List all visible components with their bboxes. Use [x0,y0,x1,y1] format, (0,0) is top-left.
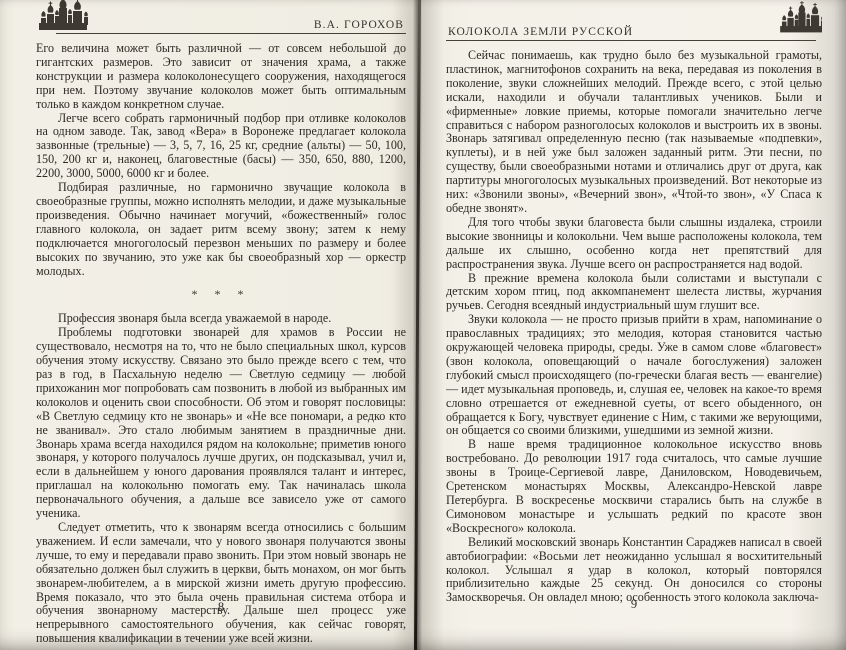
paragraph: Проблемы подготовки звонарей для храмов … [36,326,406,521]
left-page-header: В.А. ГОРОХОВ [36,0,406,34]
left-page-body: Его величина может быть различной — от с… [36,42,406,646]
paragraph: Сейчас понимаешь, как трудно было без му… [446,49,822,216]
paragraph: Легче всего собрать гармоничный подбор п… [36,112,406,182]
asterisk-separator: * * * [36,287,406,302]
paragraph: Для того чтобы звуки благовеста были слы… [446,216,822,272]
book-spine-line [414,0,421,650]
right-page-number: 9 [446,597,822,612]
paragraph: В наше время традиционное колокольное ис… [446,438,822,535]
right-running-title: КОЛОКОЛА ЗЕМЛИ РУССКОЙ [448,26,633,38]
paragraph: Звуки колокола — не просто призыв прийти… [446,313,822,438]
paragraph: В прежние времена колокола были солистам… [446,272,822,314]
right-header-rule [446,40,816,41]
left-running-title: В.А. ГОРОХОВ [314,19,404,31]
right-page-header: КОЛОКОЛА ЗЕМЛИ РУССКОЙ [446,0,822,34]
paragraph: Великий московский звонарь Константин Са… [446,536,822,606]
right-page-body: Сейчас понимаешь, как трудно было без му… [446,49,822,605]
paragraph: Подбирая различные, но гармонично звучащ… [36,181,406,278]
russian-church-domes-icon [772,0,822,39]
book-spread-scan: В.А. ГОРОХОВ Его величина может быть раз… [0,0,846,650]
paragraph: Его величина может быть различной — от с… [36,42,406,112]
paragraph: Профессия звонаря была всегда уважаемой … [36,312,406,326]
page-right: КОЛОКОЛА ЗЕМЛИ РУССКОЙ [446,0,822,650]
left-page-number: 8 [36,600,406,615]
page-left: В.А. ГОРОХОВ Его величина может быть раз… [36,0,406,650]
left-header-rule [56,33,406,34]
russian-church-domes-icon [36,0,94,36]
paragraph: Следует отметить, что к звонарям всегда … [36,521,406,646]
